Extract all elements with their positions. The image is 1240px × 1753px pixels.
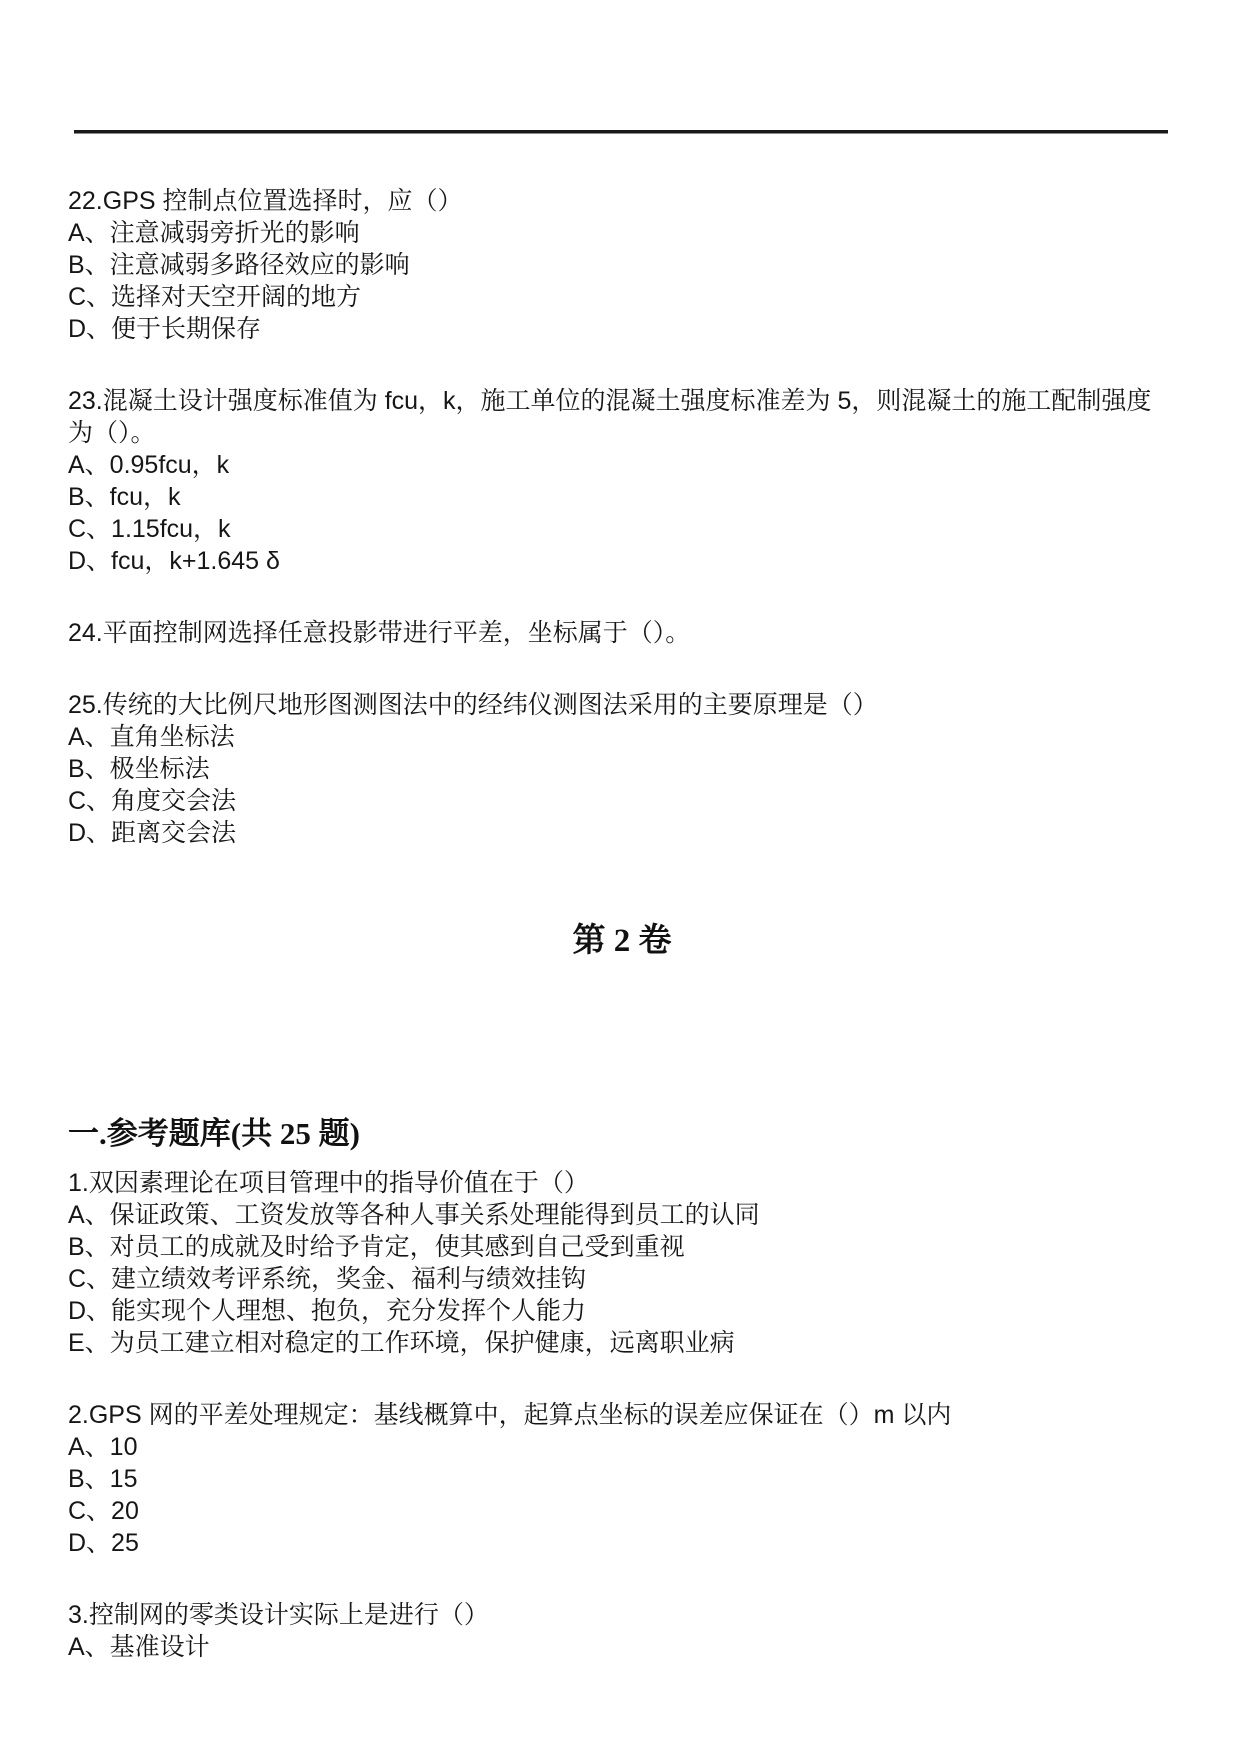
question-stem: 24.平面控制网选择任意投影带进行平差，坐标属于（）。 xyxy=(68,617,1176,649)
question-option: A、注意减弱旁折光的影响 xyxy=(68,217,1176,249)
question-block: 1.双因素理论在项目管理中的指导价值在于（）A、保证政策、工资发放等各种人事关系… xyxy=(68,1167,1176,1359)
question-option: B、注意减弱多路径效应的影响 xyxy=(68,249,1176,281)
question-stem: 23.混凝土设计强度标准值为 fcu，k，施工单位的混凝土强度标准差为 5，则混… xyxy=(68,385,1176,449)
question-option: B、极坐标法 xyxy=(68,753,1176,785)
question-option: A、基准设计 xyxy=(68,1631,1176,1663)
exam-document-page: 22.GPS 控制点位置选择时，应（）A、注意减弱旁折光的影响B、注意减弱多路径… xyxy=(0,0,1240,1753)
document-content: 22.GPS 控制点位置选择时，应（）A、注意减弱旁折光的影响B、注意减弱多路径… xyxy=(68,0,1176,1703)
question-block: 2.GPS 网的平差处理规定：基线概算中，起算点坐标的误差应保证在（）m 以内A… xyxy=(68,1399,1176,1559)
question-block: 23.混凝土设计强度标准值为 fcu，k，施工单位的混凝土强度标准差为 5，则混… xyxy=(68,385,1176,577)
volume-title: 第 2 卷 xyxy=(68,919,1176,963)
question-option: B、15 xyxy=(68,1463,1176,1495)
questions-part-1: 22.GPS 控制点位置选择时，应（）A、注意减弱旁折光的影响B、注意减弱多路径… xyxy=(68,185,1176,849)
section-heading: 一.参考题库(共 25 题) xyxy=(68,1113,1176,1155)
question-option: D、25 xyxy=(68,1527,1176,1559)
question-stem: 1.双因素理论在项目管理中的指导价值在于（） xyxy=(68,1167,1176,1199)
question-option: C、20 xyxy=(68,1495,1176,1527)
question-option: D、fcu，k+1.645 δ xyxy=(68,545,1176,577)
question-option: A、保证政策、工资发放等各种人事关系处理能得到员工的认同 xyxy=(68,1199,1176,1231)
question-option: A、10 xyxy=(68,1431,1176,1463)
question-stem: 3.控制网的零类设计实际上是进行（） xyxy=(68,1599,1176,1631)
question-option: B、fcu，k xyxy=(68,481,1176,513)
question-stem: 25.传统的大比例尺地形图测图法中的经纬仪测图法采用的主要原理是（） xyxy=(68,689,1176,721)
question-option: D、能实现个人理想、抱负，充分发挥个人能力 xyxy=(68,1295,1176,1327)
question-block: 24.平面控制网选择任意投影带进行平差，坐标属于（）。 xyxy=(68,617,1176,649)
question-stem: 22.GPS 控制点位置选择时，应（） xyxy=(68,185,1176,217)
question-option: B、对员工的成就及时给予肯定，使其感到自己受到重视 xyxy=(68,1231,1176,1263)
question-option: C、1.15fcu，k xyxy=(68,513,1176,545)
question-option: C、选择对天空开阔的地方 xyxy=(68,281,1176,313)
questions-part-2: 1.双因素理论在项目管理中的指导价值在于（）A、保证政策、工资发放等各种人事关系… xyxy=(68,1167,1176,1663)
question-option: D、距离交会法 xyxy=(68,817,1176,849)
question-option: E、为员工建立相对稳定的工作环境，保护健康，远离职业病 xyxy=(68,1327,1176,1359)
question-option: C、建立绩效考评系统，奖金、福利与绩效挂钩 xyxy=(68,1263,1176,1295)
question-block: 22.GPS 控制点位置选择时，应（）A、注意减弱旁折光的影响B、注意减弱多路径… xyxy=(68,185,1176,345)
question-stem: 2.GPS 网的平差处理规定：基线概算中，起算点坐标的误差应保证在（）m 以内 xyxy=(68,1399,1176,1431)
question-option: C、角度交会法 xyxy=(68,785,1176,817)
question-block: 3.控制网的零类设计实际上是进行（）A、基准设计 xyxy=(68,1599,1176,1663)
question-option: D、便于长期保存 xyxy=(68,313,1176,345)
question-option: A、直角坐标法 xyxy=(68,721,1176,753)
question-option: A、0.95fcu，k xyxy=(68,449,1176,481)
question-block: 25.传统的大比例尺地形图测图法中的经纬仪测图法采用的主要原理是（）A、直角坐标… xyxy=(68,689,1176,849)
